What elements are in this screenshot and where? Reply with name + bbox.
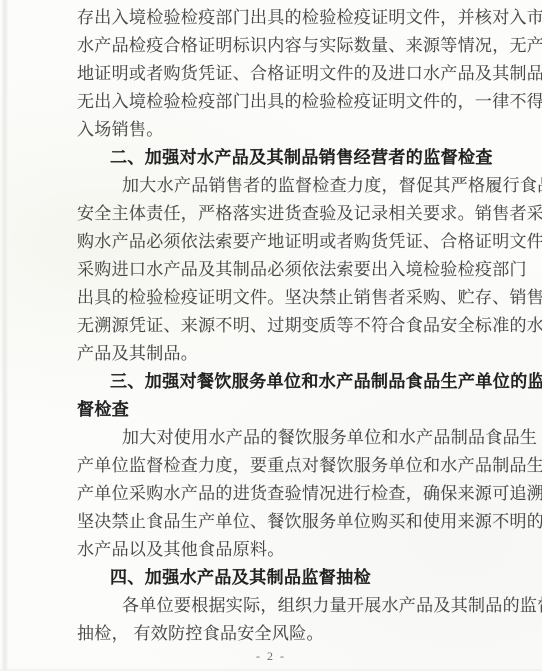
scan-edge-artifact	[2, 0, 8, 671]
paragraph-line: 出具的检验检疫证明文件。坚决禁止销售者采购、贮存、销售	[77, 284, 529, 312]
paragraph-line: 水产品检疫合格证明标识内容与实际数量、来源等情况，无产	[77, 32, 529, 60]
section-heading-4: 四、加强水产品及其制品监督抽检	[77, 564, 529, 592]
paragraph-line: 地证明或者购货凭证、合格证明文件的及进口水产品及其制品	[77, 60, 529, 88]
paragraph-line: 安全主体责任，严格落实进货查验及记录相关要求。销售者采	[77, 200, 529, 228]
paragraph-line: 坚决禁止食品生产单位、餐饮服务单位购买和使用来源不明的	[77, 508, 529, 536]
section-heading-2: 二、加强对水产品及其制品销售经营者的监督检查	[77, 144, 529, 172]
section-heading-3-wrap: 督检查	[77, 396, 529, 424]
paragraph-line: 产单位采购水产品的进货查验情况进行检查，确保来源可追溯，	[77, 480, 529, 508]
paragraph-line: 加大对使用水产品的餐饮服务单位和水产品制品食品生	[77, 424, 529, 452]
paragraph-line: 存出入境检验检疫部门出具的检验检疫证明文件，并核对入市	[77, 4, 529, 32]
paragraph-line: 无出入境检验检疫部门出具的检验检疫证明文件的，一律不得	[77, 88, 529, 116]
paragraph-line: 抽检， 有效防控食品安全风险。	[77, 620, 529, 648]
page-number: - 2 -	[0, 649, 542, 664]
paragraph-line: 采购进口水产品及其制品必须依法索要出入境检验检疫部门	[77, 256, 529, 284]
document-body: 存出入境检验检疫部门出具的检验检疫证明文件，并核对入市 水产品检疫合格证明标识内…	[77, 4, 529, 648]
paragraph-line: 入场销售。	[77, 116, 529, 144]
paragraph-line: 水产品以及其他食品原料。	[77, 536, 529, 564]
paragraph-line: 购水产品必须依法索要产地证明或者购货凭证、合格证明文件，	[77, 228, 529, 256]
paragraph-line: 产品及其制品。	[77, 340, 529, 368]
paragraph-line: 产单位监督检查力度，要重点对餐饮服务单位和水产品制品生	[77, 452, 529, 480]
section-heading-3: 三、加强对餐饮服务单位和水产品制品食品生产单位的监	[77, 368, 529, 396]
paragraph-line: 无溯源凭证、来源不明、过期变质等不符合食品安全标准的水	[77, 312, 529, 340]
scanned-document-page: 存出入境检验检疫部门出具的检验检疫证明文件，并核对入市 水产品检疫合格证明标识内…	[0, 0, 542, 671]
paragraph-line: 加大水产品销售者的监督检查力度，督促其严格履行食品	[77, 172, 529, 200]
paragraph-line: 各单位要根据实际，组织力量开展水产品及其制品的监督	[77, 592, 529, 620]
